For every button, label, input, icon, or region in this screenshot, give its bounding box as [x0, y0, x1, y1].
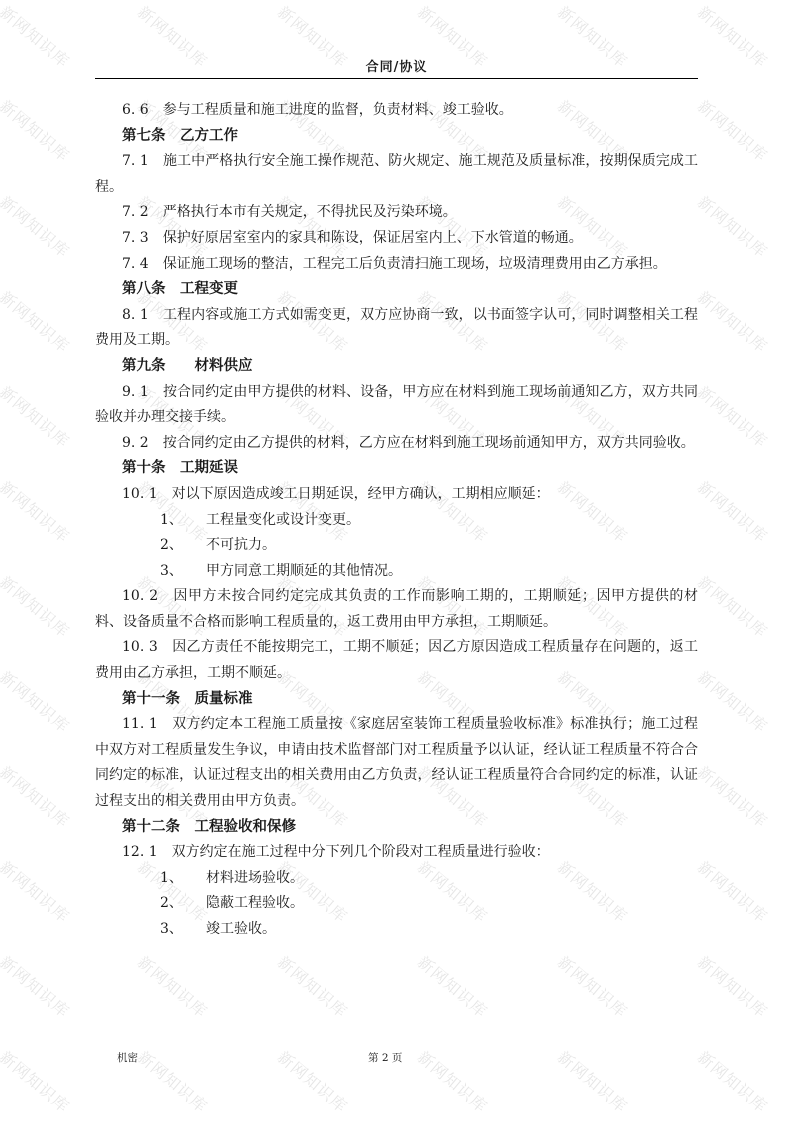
- watermark-text: 新网知识库: [693, 1045, 773, 1117]
- watermark-text: 新网知识库: [693, 0, 773, 72]
- clause-10-1: 10. 1 对以下原因造成竣工日期延误，经甲方确认，工期相应顺延：: [95, 482, 698, 508]
- watermark-text: 新网知识库: [273, 950, 353, 1022]
- watermark-text: 新网知识库: [0, 855, 75, 927]
- list-number: 3、: [160, 559, 206, 585]
- list-item: 1、工程量变化或设计变更。: [95, 508, 698, 534]
- header-divider: [95, 78, 698, 79]
- clause-9-2: 9. 2 按合同约定由乙方提供的材料，乙方应在材料到施工现场前通知甲方，双方共同…: [95, 431, 698, 457]
- article-10-heading: 第十条 工期延误: [95, 456, 698, 482]
- list-item: 3、竣工验收。: [95, 917, 698, 943]
- clause-10-3: 10. 3 因乙方责任不能按期完工，工期不顺延；因乙方原因造成工程质量存在问题的…: [95, 635, 698, 686]
- article-11-heading: 第十一条 质量标准: [95, 687, 698, 713]
- clause-7-3: 7. 3 保护好原居室室内的家具和陈设，保证居室内上、下水管道的畅通。: [95, 226, 698, 252]
- clause-9-1: 9. 1 按合同约定由甲方提供的材料、设备，甲方应在材料到施工现场前通知乙方，双…: [95, 380, 698, 431]
- list-text: 甲方同意工期顺延的其他情况。: [206, 563, 402, 579]
- clause-10-2: 10. 2 因甲方未按合同约定完成其负责的工作而影响工期的，工期顺延；因甲方提供…: [95, 584, 698, 635]
- list-text: 隐蔽工程验收。: [206, 895, 304, 911]
- watermark-text: 新网知识库: [693, 285, 773, 357]
- watermark-text: 新网知识库: [133, 950, 213, 1022]
- watermark-text: 新网知识库: [0, 1045, 75, 1117]
- watermark-text: 新网知识库: [693, 760, 773, 832]
- watermark-text: 新网知识库: [693, 665, 773, 737]
- list-number: 2、: [160, 533, 206, 559]
- clause-6-6: 6. 6 参与工程质量和施工进度的监督，负责材料、竣工验收。: [95, 98, 698, 124]
- list-number: 3、: [160, 917, 206, 943]
- watermark-text: 新网知识库: [693, 190, 773, 262]
- page-number: 第 2 页: [368, 1050, 402, 1065]
- confidential-label: 机密: [117, 1050, 138, 1065]
- watermark-text: 新网知识库: [693, 570, 773, 642]
- watermark-text: 新网知识库: [413, 950, 493, 1022]
- watermark-text: 新网知识库: [0, 380, 75, 452]
- clause-7-2: 7. 2 严格执行本市有关规定，不得扰民及污染环境。: [95, 200, 698, 226]
- watermark-text: 新网知识库: [0, 570, 75, 642]
- article-12-heading: 第十二条 工程验收和保修: [95, 815, 698, 841]
- list-text: 竣工验收。: [206, 921, 276, 937]
- list-number: 2、: [160, 891, 206, 917]
- watermark-text: 新网知识库: [693, 475, 773, 547]
- watermark-text: 新网知识库: [0, 950, 75, 1022]
- watermark-text: 新网知识库: [0, 285, 75, 357]
- list-text: 不可抗力。: [206, 537, 276, 553]
- clause-7-1: 7. 1 施工中严格执行安全施工操作规范、防火规定、施工规范及质量标准，按期保质…: [95, 149, 698, 200]
- document-body: 6. 6 参与工程质量和施工进度的监督，负责材料、竣工验收。 第七条 乙方工作 …: [95, 98, 698, 943]
- list-text: 工程量变化或设计变更。: [206, 512, 360, 528]
- article-8-heading: 第八条 工程变更: [95, 277, 698, 303]
- list-text: 材料进场验收。: [206, 870, 304, 886]
- watermark-text: 新网知识库: [0, 94, 75, 166]
- clause-7-4: 7. 4 保证施工现场的整洁，工程完工后负责清扫施工现场，垃圾清理费用由乙方承担…: [95, 252, 698, 278]
- watermark-text: 新网知识库: [693, 94, 773, 166]
- watermark-text: 新网知识库: [553, 950, 633, 1022]
- article-7-heading: 第七条 乙方工作: [95, 124, 698, 150]
- watermark-text: 新网知识库: [0, 190, 75, 262]
- list-number: 1、: [160, 866, 206, 892]
- watermark-text: 新网知识库: [553, 1045, 633, 1117]
- clause-8-1: 8. 1 工程内容或施工方式如需变更，双方应协商一致，以书面签字认可，同时调整相…: [95, 303, 698, 354]
- watermark-text: 新网知识库: [133, 1045, 213, 1117]
- list-item: 3、甲方同意工期顺延的其他情况。: [95, 559, 698, 585]
- header-title: 合同/协议: [95, 56, 698, 75]
- clause-11-1: 11. 1 双方约定本工程施工质量按《家庭居室装饰工程质量验收标准》标准执行；施…: [95, 712, 698, 814]
- watermark-text: 新网知识库: [693, 950, 773, 1022]
- watermark-text: 新网知识库: [0, 475, 75, 547]
- watermark-text: 新网知识库: [0, 0, 75, 72]
- watermark-text: 新网知识库: [693, 855, 773, 927]
- watermark-text: 新网知识库: [0, 760, 75, 832]
- watermark-text: 新网知识库: [273, 1045, 353, 1117]
- list-item: 1、材料进场验收。: [95, 866, 698, 892]
- list-item: 2、隐蔽工程验收。: [95, 891, 698, 917]
- watermark-text: 新网知识库: [413, 1045, 493, 1117]
- article-9-heading: 第九条 材料供应: [95, 354, 698, 380]
- watermark-text: 新网知识库: [693, 380, 773, 452]
- clause-12-1: 12. 1 双方约定在施工过程中分下列几个阶段对工程质量进行验收：: [95, 840, 698, 866]
- watermark-text: 新网知识库: [0, 665, 75, 737]
- list-number: 1、: [160, 508, 206, 534]
- list-item: 2、不可抗力。: [95, 533, 698, 559]
